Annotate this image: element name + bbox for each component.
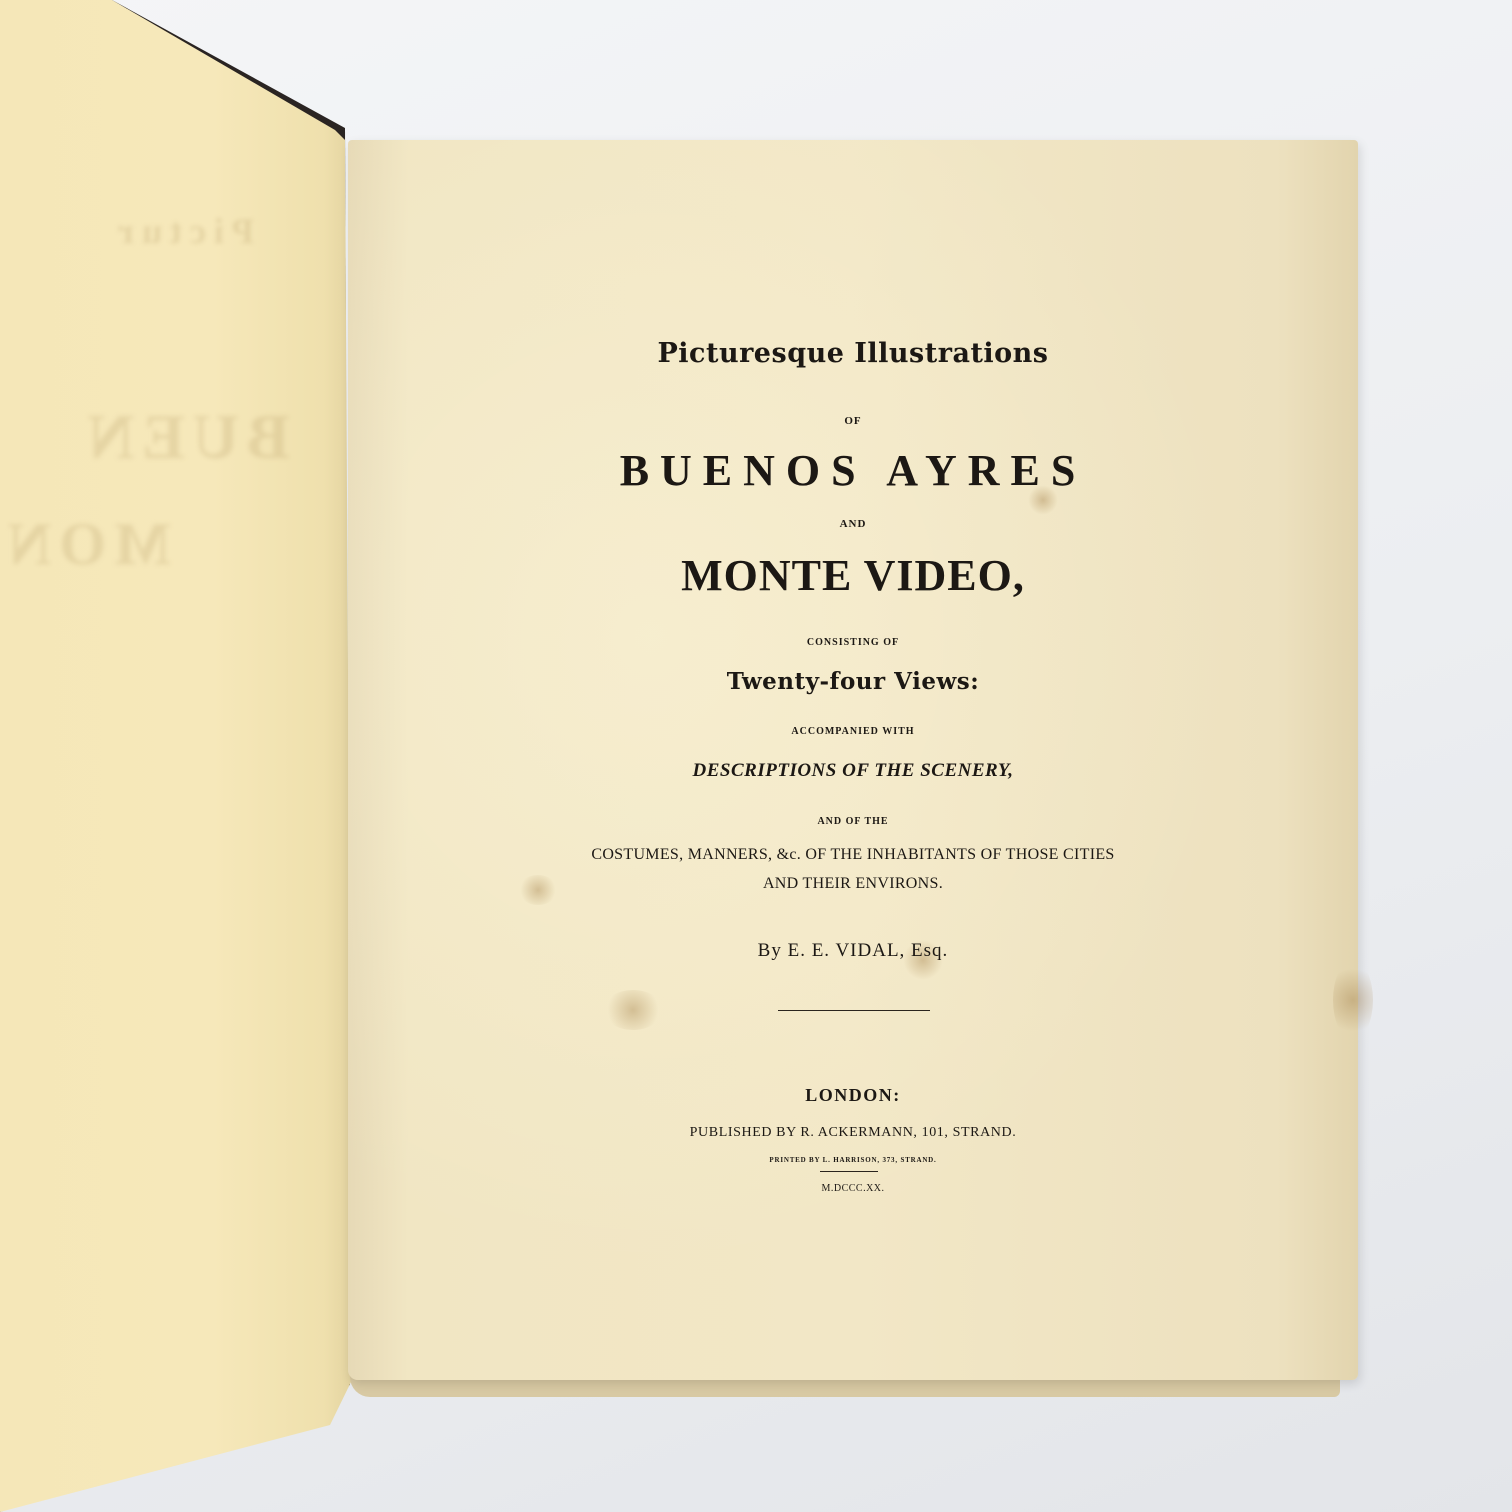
and-label: AND [348,518,1358,530]
show-through-text: Pictur [110,210,254,252]
accompanied-with-label: ACCOMPANIED WITH [348,726,1358,737]
costumes-line-1: COSTUMES, MANNERS, &c. OF THE INHABITANT… [348,846,1358,864]
descriptions-line: DESCRIPTIONS OF THE SCENERY, [348,760,1358,782]
left-endpaper: Pictur BUEN MON [0,0,352,1512]
foxing-spot [1333,960,1373,1040]
author-line: By E. E. VIDAL, Esq. [348,940,1358,962]
publisher-line: PUBLISHED BY R. ACKERMANN, 101, STRAND. [348,1125,1358,1141]
title-buenos-ayres: BUENOS AYRES [348,445,1358,496]
consisting-of-label: CONSISTING OF [348,637,1358,648]
divider-rule [778,1010,930,1011]
divider-rule-short [820,1171,878,1172]
costumes-line-2: AND THEIR ENVIRONS. [348,875,1358,893]
of-label: OF [348,415,1358,427]
title-monte-video: MONTE VIDEO, [348,550,1358,601]
year-line: M.DCCC.XX. [348,1183,1358,1194]
views-blackletter: Twenty-four Views: [348,668,1358,695]
heading-blackletter: Picturesque Illustrations [348,338,1358,369]
printer-line: PRINTED BY L. HARRISON, 373, STRAND. [348,1156,1358,1164]
place-line: LONDON: [348,1085,1358,1106]
foxing-spot [603,990,663,1030]
show-through-text: BUEN [80,400,290,474]
show-through-text: MON [0,510,171,579]
and-of-the-label: AND OF THE [348,816,1358,827]
